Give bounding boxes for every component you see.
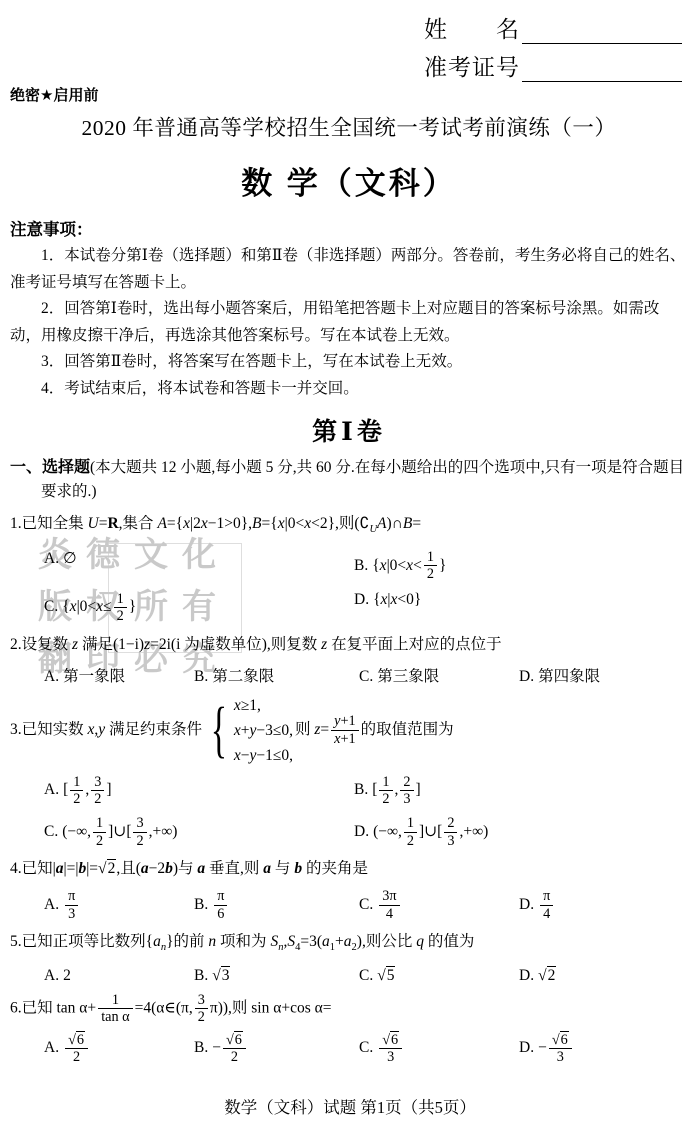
option-text: √62 — [63, 1039, 90, 1056]
question-1-stem: 1.已知全集 U=R,集合 A={x|2x−1>0},B={x|0<x<2},则… — [10, 511, 688, 543]
subject-title: 数 学（文科） — [10, 158, 688, 203]
question-6-option-b: B.−√62 — [194, 1032, 359, 1066]
candidate-info-header: 姓 名 准考证号 — [10, 6, 682, 82]
option-text: {x|0<x<12} — [372, 557, 446, 574]
option-label: A. — [44, 896, 59, 913]
question-1-option-c: C.{x|0<x≤12} — [44, 591, 354, 625]
question-1-option-b: B.{x|0<x<12} — [354, 549, 688, 583]
question-5-option-b: B.√3 — [194, 967, 359, 985]
question-1: 1.已知全集 U=R,集合 A={x|2x−1>0},B={x|0<x<2},则… — [10, 511, 688, 625]
option-text: 第一象限 — [63, 668, 125, 685]
option-label: C. — [359, 967, 373, 984]
exam-page: 姓 名 准考证号 绝密★启用前 2020 年普通高等学校招生全国统一考试考前演练… — [0, 0, 700, 1066]
question-6-option-c: C.√63 — [359, 1032, 519, 1066]
option-text: {x|x<0} — [373, 591, 421, 608]
question-4-option-c: C.3π4 — [359, 888, 519, 922]
exam-id-label: 准考证号 — [424, 49, 520, 82]
option-label: A. — [44, 967, 59, 984]
option-text: ∅ — [63, 550, 77, 567]
question-4-options: A.π3 B.π6 C.3π4 D.π4 — [10, 888, 688, 922]
question-3: 3.已知实数 x,y 满足约束条件{x≥1,x+y−3≤0,x−y−1≤0,则 … — [10, 693, 688, 850]
option-text: 第二象限 — [212, 668, 274, 685]
question-2-option-a: A.第一象限 — [44, 664, 194, 686]
option-text: (−∞,12]∪[23,+∞) — [373, 823, 488, 840]
question-4-option-d: D.π4 — [519, 888, 688, 922]
option-text: {x|0<x≤12} — [62, 598, 136, 615]
question-3-option-c: C.(−∞,12]∪[32,+∞) — [44, 815, 354, 849]
option-label: D. — [519, 896, 534, 913]
question-3-option-d: D.(−∞,12]∪[23,+∞) — [354, 815, 688, 849]
question-1-option-d: D.{x|x<0} — [354, 591, 688, 625]
option-label: A. — [44, 550, 59, 567]
option-text: √63 — [377, 1039, 404, 1056]
name-field-row: 姓 名 — [10, 6, 682, 44]
notice-item-2: 2．回答第Ⅰ卷时，选出每小题答案后，用铅笔把答题卡上对应题目的答案标号涂黑。如需… — [10, 296, 688, 349]
option-text: (−∞,12]∪[32,+∞) — [62, 823, 177, 840]
option-text: −√62 — [212, 1039, 248, 1056]
option-label: B. — [354, 781, 368, 798]
question-5-options: A.2 B.√3 C.√5 D.√2 — [10, 967, 688, 985]
option-text: −√63 — [538, 1039, 574, 1056]
option-label: B. — [354, 557, 368, 574]
name-label: 姓 名 — [424, 11, 520, 44]
question-5-stem: 5.已知正项等比数列{an}的前 n 项和为 Sn,S4=3(a1+a2),则公… — [10, 929, 688, 961]
exam-title: 2020 年普通高等学校招生全国统一考试考前演练（一） — [10, 111, 688, 142]
question-2-stem: 2.设复数 z 满足(1−i)z=2i(i 为虚数单位),则复数 z 在复平面上… — [10, 632, 688, 658]
option-label: B. — [194, 967, 208, 984]
option-label: D. — [354, 591, 369, 608]
secrecy-notice: 绝密★启用前 — [10, 84, 688, 105]
option-text: π4 — [538, 896, 555, 913]
option-text: 第四象限 — [538, 668, 600, 685]
question-3-options: A.[12,32] B.[12,23] C.(−∞,12]∪[32,+∞) D.… — [10, 774, 688, 850]
question-6: 6.已知 tan α+1tan α=4(α∈(π,32π)),则 sin α+c… — [10, 992, 688, 1066]
option-label: C. — [44, 823, 58, 840]
option-text: 3π4 — [377, 896, 401, 913]
option-text: π6 — [212, 896, 229, 913]
option-text: [12,23] — [372, 781, 420, 798]
section-title: 第Ⅰ卷 — [10, 412, 688, 448]
notice-item-3: 3．回答第Ⅱ卷时，将答案写在答题卡上，写在本试卷上无效。 — [10, 349, 688, 376]
question-3-option-a: A.[12,32] — [44, 774, 354, 808]
question-6-option-a: A.√62 — [44, 1032, 194, 1066]
question-3-option-b: B.[12,23] — [354, 774, 688, 808]
option-text: √2 — [538, 966, 556, 984]
option-text: √3 — [212, 966, 230, 984]
question-2-options: A.第一象限 B.第二象限 C.第三象限 D.第四象限 — [10, 664, 688, 686]
option-label: A. — [44, 781, 59, 798]
option-label: A. — [44, 668, 59, 685]
option-text: √5 — [377, 966, 395, 984]
question-1-option-a: A.∅ — [44, 549, 354, 583]
question-4-option-b: B.π6 — [194, 888, 359, 922]
question-4: 4.已知|a|=|b|=√2,且(a−2b)与 a 垂直,则 a 与 b 的夹角… — [10, 856, 688, 922]
exam-id-field-row: 准考证号 — [10, 44, 682, 82]
section-instructions-rest: (本大题共 12 小题,每小题 5 分,共 60 分.在每小题给出的四个选项中,… — [41, 459, 684, 500]
question-5-option-d: D.√2 — [519, 967, 688, 985]
question-2-option-b: B.第二象限 — [194, 664, 359, 686]
question-6-option-d: D.−√63 — [519, 1032, 688, 1066]
question-6-stem: 6.已知 tan α+1tan α=4(α∈(π,32π)),则 sin α+c… — [10, 992, 688, 1026]
option-label: D. — [519, 1039, 534, 1056]
option-label: D. — [354, 823, 369, 840]
question-1-options: A.∅ B.{x|0<x<12} C.{x|0<x≤12} D.{x|x<0} — [10, 549, 688, 625]
option-label: D. — [519, 668, 534, 685]
question-4-option-a: A.π3 — [44, 888, 194, 922]
option-label: C. — [359, 896, 373, 913]
option-label: B. — [194, 668, 208, 685]
notice-section: 注意事项： 1．本试卷分第Ⅰ卷（选择题）和第Ⅱ卷（非选择题）两部分。答卷前，考生… — [10, 217, 688, 402]
exam-id-underline — [522, 55, 682, 82]
option-text: 2 — [63, 967, 71, 984]
section-instructions-bold: 一、选择题 — [10, 459, 90, 476]
question-6-options: A.√62 B.−√62 C.√63 D.−√63 — [10, 1032, 688, 1066]
page-footer: 数学（文科）试题 第1页（共5页） — [0, 1094, 700, 1118]
question-3-stem: 3.已知实数 x,y 满足约束条件{x≥1,x+y−3≤0,x−y−1≤0,则 … — [10, 693, 688, 768]
question-4-stem: 4.已知|a|=|b|=√2,且(a−2b)与 a 垂直,则 a 与 b 的夹角… — [10, 856, 688, 882]
question-2-option-d: D.第四象限 — [519, 664, 688, 686]
option-text: π3 — [63, 896, 80, 913]
option-label: C. — [44, 598, 58, 615]
question-5: 5.已知正项等比数列{an}的前 n 项和为 Sn,S4=3(a1+a2),则公… — [10, 929, 688, 985]
option-text: [12,32] — [63, 781, 111, 798]
notice-item-1: 1．本试卷分第Ⅰ卷（选择题）和第Ⅱ卷（非选择题）两部分。答卷前，考生务必将自己的… — [10, 243, 688, 296]
section-instructions: 一、选择题(本大题共 12 小题,每小题 5 分,共 60 分.在每小题给出的四… — [10, 456, 688, 504]
option-label: B. — [194, 1039, 208, 1056]
option-label: C. — [359, 1039, 373, 1056]
question-2: 2.设复数 z 满足(1−i)z=2i(i 为虚数单位),则复数 z 在复平面上… — [10, 632, 688, 686]
option-label: D. — [519, 967, 534, 984]
question-2-option-c: C.第三象限 — [359, 664, 519, 686]
name-underline — [522, 17, 682, 44]
option-label: B. — [194, 896, 208, 913]
question-5-option-a: A.2 — [44, 967, 194, 985]
option-label: A. — [44, 1039, 59, 1056]
option-text: 第三象限 — [377, 668, 439, 685]
question-5-option-c: C.√5 — [359, 967, 519, 985]
notice-item-4: 4．考试结束后，将本试卷和答题卡一并交回。 — [10, 376, 688, 403]
option-label: C. — [359, 668, 373, 685]
notice-heading: 注意事项： — [10, 217, 688, 243]
